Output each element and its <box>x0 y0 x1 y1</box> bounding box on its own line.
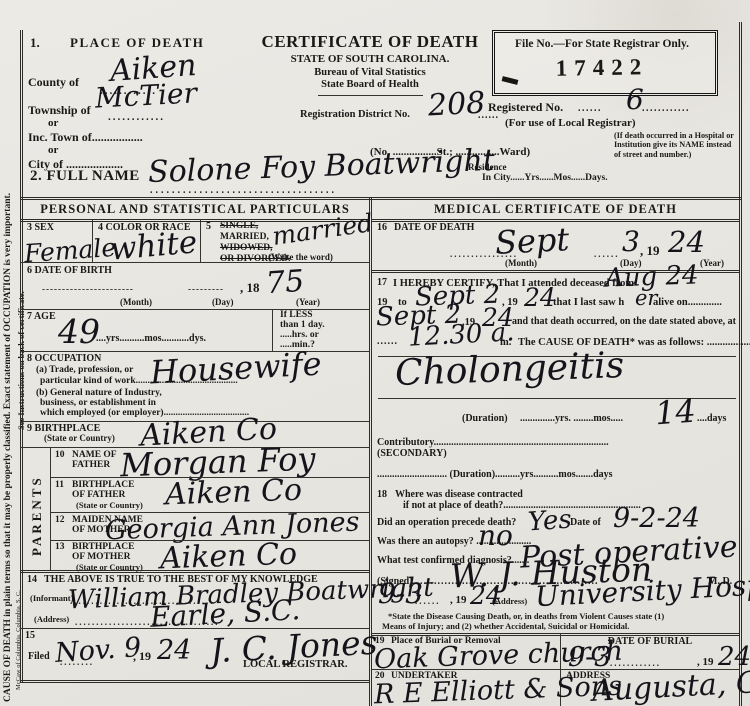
or-word-1: or <box>48 118 58 130</box>
marital-option-single: SINGLE, <box>220 222 258 232</box>
registered-no-leader-post: ............ <box>642 104 690 115</box>
attended-to-year-value: 24 <box>524 285 556 310</box>
filed-leader: ........ <box>60 658 94 667</box>
filed-label: Filed <box>28 652 50 663</box>
dod-number: 16 <box>377 223 387 234</box>
registered-no-label: Registered No. <box>488 101 563 114</box>
father-birthplace-value: Aiken Co <box>165 476 303 511</box>
dod-year-value: 24 <box>668 228 705 257</box>
local-registrar-use-note: (For use of Local Registrar) <box>505 118 636 130</box>
certify-line3-post: and that death occurred, on the date sta… <box>512 317 736 328</box>
file-box-title: File No.—For State Registrar Only. <box>496 38 708 50</box>
left-column-bottom-rule <box>20 680 369 683</box>
filed-year-printed: , 19 <box>133 650 151 663</box>
mother-name-number: 12 <box>55 516 65 526</box>
duration1-units2: ....days <box>697 414 726 425</box>
contributory-label: Contributory............................… <box>377 438 609 449</box>
footnote-line2: Means of Injury; and (2) whether Acciden… <box>382 622 629 631</box>
certify-number: 17 <box>377 278 387 289</box>
occupation-a1: (a) Trade, profession, or <box>36 366 133 376</box>
parents-left-divider <box>50 447 51 570</box>
registered-no-leader-pre: ...... <box>578 104 602 115</box>
q18-line1: Where was disease contracted <box>395 490 523 501</box>
occupation-value: Housewife <box>149 348 322 389</box>
duration1-value: 14 <box>654 395 697 430</box>
death-certificate-scan: CAUSE OF DEATH in plain terms so that it… <box>0 0 750 706</box>
death-time-leader: ...... <box>377 337 398 348</box>
informant-address-leader: .................................. <box>75 618 220 627</box>
burial-date-value: 9-3 <box>568 644 611 671</box>
marital-option-married: MARRIED, <box>220 233 269 243</box>
certificate-state: STATE OF SOUTH CAROLINA. <box>255 54 485 66</box>
certify-line4-post: The CAUSE OF DEATH* was as follows: ....… <box>518 337 750 348</box>
sign-year-printed: , 19 <box>450 595 467 607</box>
township-label: Township of <box>28 104 91 117</box>
margin-note-main: CAUSE OF DEATH in plain terms so that it… <box>4 12 14 702</box>
dob-cap-month: (Month) <box>120 298 152 307</box>
row1-bottom-rule <box>20 262 369 263</box>
item1-number: 1. <box>30 36 40 50</box>
form-left-border <box>20 30 23 682</box>
father-name-number: 10 <box>55 451 65 461</box>
dob-bottom-rule <box>20 309 369 310</box>
cause-of-death-value: Cholongeitis <box>394 348 624 392</box>
father-birthplace-hint: (State or Country) <box>76 501 143 510</box>
operation-date-value: 9-2-24 <box>613 505 700 532</box>
dob-label: 6 DATE OF BIRTH <box>27 266 112 277</box>
age-units: ....yrs..........mos...........dys. <box>96 334 206 345</box>
dob-cap-day: (Day) <box>212 298 234 307</box>
occupation-label: 8 OCCUPATION <box>27 354 101 365</box>
age-value: 49 <box>58 315 100 348</box>
filed-year-value: 24 <box>157 637 191 664</box>
place-of-death-title: PLACE OF DEATH <box>70 36 204 50</box>
parents-vertical-label: PARENTS <box>30 460 44 556</box>
sign-date-leader: ...... <box>415 597 441 606</box>
certify-line2-post: that I last saw h <box>553 297 624 308</box>
parents-bottom-rule <box>20 570 369 573</box>
dod-day-value: 3 <box>622 228 640 256</box>
certify-line2-alive: alive on............. <box>653 297 722 308</box>
dob-cap-year: (Year) <box>296 298 320 307</box>
or-word-2: or <box>48 145 58 157</box>
dod-year-printed: , 19 <box>640 244 660 258</box>
dob-blank-day: --------- <box>188 285 224 294</box>
duration1-units1: ..............yrs. ........mos..... <box>520 414 623 425</box>
marital-option-widowed: WIDOWED, <box>220 244 273 254</box>
duration2-line: ............................ (Duration).… <box>377 470 613 481</box>
registration-district-label: Registration District No. <box>300 109 410 120</box>
q18-number: 18 <box>377 490 387 501</box>
sign-address-label: (Address) <box>492 597 527 606</box>
full-name-leader: .................................. <box>150 186 337 197</box>
hospital-note: (If death occurred in a Hospital or Inst… <box>614 131 736 159</box>
race-value: white <box>109 227 199 265</box>
personal-section-title: PERSONAL AND STATISTICAL PARTICULARS <box>21 203 369 216</box>
dod-label: DATE OF DEATH <box>394 223 474 234</box>
autopsy-value: no <box>478 522 513 550</box>
dod-day-leader: ...... <box>594 250 620 259</box>
full-name-label: 2. FULL NAME <box>30 169 140 185</box>
operation-value: Yes <box>527 507 572 536</box>
medical-section-title: MEDICAL CERTIFICATE OF DEATH <box>372 203 739 216</box>
dob-year-printed: , 18 <box>240 281 260 295</box>
undertaker-address-value: Augusta, Ga <box>591 667 750 706</box>
father-name-label-2: FATHER <box>72 461 110 471</box>
full-name-value: Solone Foy Boatwright <box>148 146 496 188</box>
center-rule <box>318 95 423 96</box>
local-registrar-title: LOCAL REGISTRAR. <box>243 659 347 670</box>
dod-cap-year: (Year) <box>700 259 724 268</box>
certificate-bureau: Bureau of Vital Statistics <box>255 67 485 78</box>
residence-label: Residence <box>468 163 507 172</box>
certificate-title: CERTIFICATE OF DEATH <box>255 33 485 51</box>
age-label: 7 AGE <box>27 312 56 323</box>
township-leader: ............ <box>108 112 165 124</box>
township-value: McTier <box>94 79 197 112</box>
marital-number: 5 <box>206 222 211 233</box>
fullname-bottom-rule <box>20 197 742 200</box>
q18-line2: if not at place of death?...............… <box>403 501 641 512</box>
operation-date-label: Date of <box>570 518 601 529</box>
dob-year-value: 75 <box>265 267 305 300</box>
race-marital-divider <box>200 219 201 262</box>
certify-line4-m: m. <box>500 337 511 348</box>
form-right-border <box>739 22 742 706</box>
father-birthplace-number: 11 <box>55 481 64 491</box>
informant-number: 14 <box>27 575 37 586</box>
age-ifless-divider <box>272 309 273 351</box>
inc-town-label: Inc. Town of................. <box>28 131 143 144</box>
dod-cap-month: (Month) <box>505 259 537 268</box>
dob-blank-month: ----------------------- <box>42 285 134 294</box>
filed-number: 15 <box>25 631 35 642</box>
residence-detail: In City......Yrs......Mos......Days. <box>482 174 608 184</box>
mother-birthplace-number: 13 <box>55 543 65 553</box>
secondary-label: (SECONDARY) <box>377 449 447 460</box>
death-time-value: 12.30 a. <box>407 319 515 351</box>
duration1-label: (Duration) <box>462 414 508 425</box>
informant-address-tag: (Address) <box>34 615 69 624</box>
burial-date-leader: ............ <box>610 659 661 668</box>
informant-tag: (Informant) <box>30 594 73 603</box>
birthplace-hint: (State or Country) <box>44 434 115 443</box>
footnote-line1: *State the Disease Causing Death, or, in… <box>388 612 664 621</box>
file-number-stamp: 17422 <box>496 54 708 82</box>
sex-label: 3 SEX <box>27 223 54 234</box>
county-label: County of <box>28 76 79 89</box>
